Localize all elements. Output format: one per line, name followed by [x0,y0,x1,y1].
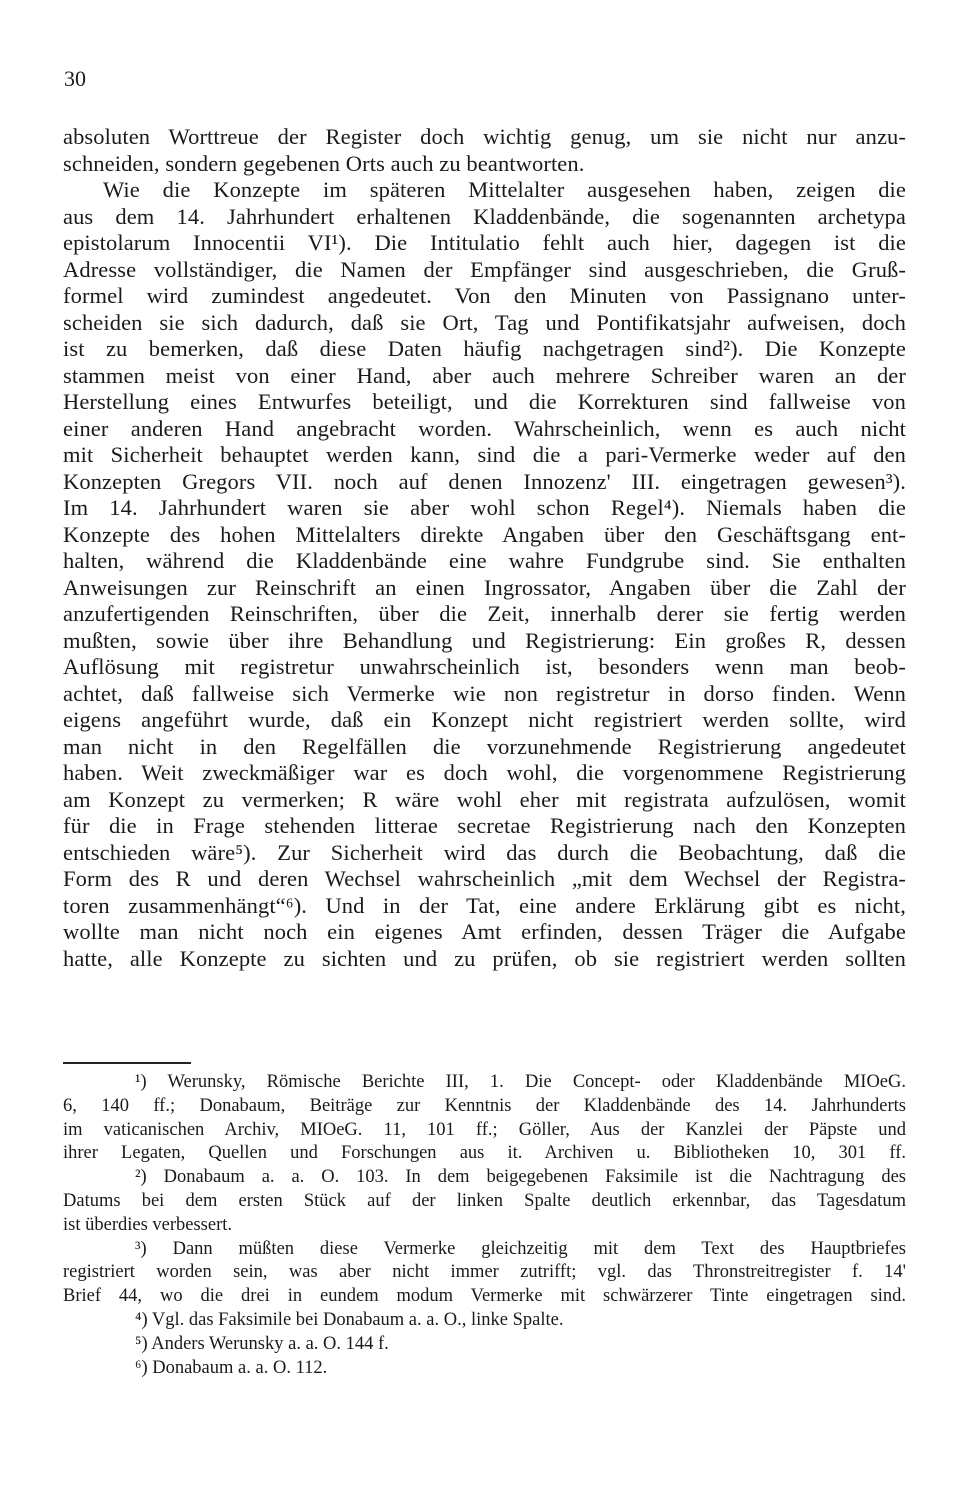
footnote-line: ihrer Legaten, Quellen und Forschungen a… [63,1142,906,1166]
body-line: Adresse vollständiger, die Namen der Emp… [63,257,906,284]
footnote-line: Datums bei dem ersten Stück auf der link… [63,1190,906,1214]
document-page: 30 absoluten Worttreue der Register doch… [0,0,960,1497]
footnote-rule [63,1062,191,1064]
body-line: Auflösung mit registretur unwahrscheinli… [63,654,906,681]
body-text: absoluten Worttreue der Register doch wi… [63,124,906,972]
footnote-line: ⁴) Vgl. das Faksimile bei Donabaum a. a.… [63,1309,906,1333]
footnote-line: Brief 44, wo die drei in eundem modum Ve… [63,1285,906,1309]
footnote-line: ²) Donabaum a. a. O. 103. In dem beigege… [63,1166,906,1190]
body-line: stammen meist von einer Hand, aber auch … [63,363,906,390]
body-line: Herstellung eines Entwurfes beteiligt, u… [63,389,906,416]
body-line: am Konzept zu vermerken; R wäre wohl ehe… [63,787,906,814]
body-line: einer anderen Hand angebracht worden. Wa… [63,416,906,443]
footnote-line: ist überdies verbessert. [63,1214,906,1238]
body-line: aus dem 14. Jahrhundert erhaltenen Kladd… [63,204,906,231]
body-line: entschieden wäre⁵). Zur Sicherheit wird … [63,840,906,867]
body-line: anzufertigenden Reinschriften, über die … [63,601,906,628]
body-line: absoluten Worttreue der Register doch wi… [63,124,906,151]
body-line: ist zu bemerken, daß diese Daten häufig … [63,336,906,363]
body-line: für die in Frage stehenden litterae secr… [63,813,906,840]
body-line: schneiden, sondern gegebenen Orts auch z… [63,151,906,178]
footnote-line: ⁶) Donabaum a. a. O. 112. [63,1357,906,1381]
footnote-line: im vaticanischen Archiv, MIOeG. 11, 101 … [63,1119,906,1143]
body-line: achtet, daß fallweise sich Vermerke wie … [63,681,906,708]
footnote-line: registriert worden sein, was aber nicht … [63,1261,906,1285]
body-line: Wie die Konzepte im späteren Mittelalter… [63,177,906,204]
body-line: formel wird zumindest angedeutet. Von de… [63,283,906,310]
body-line: epistolarum Innocentii VI¹). Die Intitul… [63,230,906,257]
body-line: scheiden sie sich dadurch, daß sie Ort, … [63,310,906,337]
footnotes: ¹) Werunsky, Römische Berichte III, 1. D… [63,1071,906,1380]
body-line: Konzepte des hohen Mittelalters direkte … [63,522,906,549]
body-line: Konzepten Gregors VII. noch auf denen In… [63,469,906,496]
page-number: 30 [64,66,86,92]
body-line: Form des R und deren Wechsel wahrscheinl… [63,866,906,893]
body-line: hatte, alle Konzepte zu sichten und zu p… [63,946,906,973]
body-line: Anweisungen zur Reinschrift an einen Ing… [63,575,906,602]
footnote-line: ¹) Werunsky, Römische Berichte III, 1. D… [63,1071,906,1095]
footnote-line: 6, 140 ff.; Donabaum, Beiträge zur Kennt… [63,1095,906,1119]
footnote-line: ³) Dann müßten diese Vermerke gleichzeit… [63,1238,906,1262]
body-line: eigens angeführt wurde, daß ein Konzept … [63,707,906,734]
body-line: man nicht in den Regelfällen die vorzune… [63,734,906,761]
body-line: wollte man nicht noch ein eigenes Amt er… [63,919,906,946]
body-line: mußten, sowie über ihre Behandlung und R… [63,628,906,655]
body-line: mit Sicherheit behauptet werden kann, si… [63,442,906,469]
body-line: Im 14. Jahrhundert waren sie aber wohl s… [63,495,906,522]
body-line: haben. Weit zweckmäßiger war es doch woh… [63,760,906,787]
body-line: halten, während die Kladdenbände eine wa… [63,548,906,575]
body-line: toren zusammenhängt“⁶). Und in der Tat, … [63,893,906,920]
footnote-line: ⁵) Anders Werunsky a. a. O. 144 f. [63,1333,906,1357]
